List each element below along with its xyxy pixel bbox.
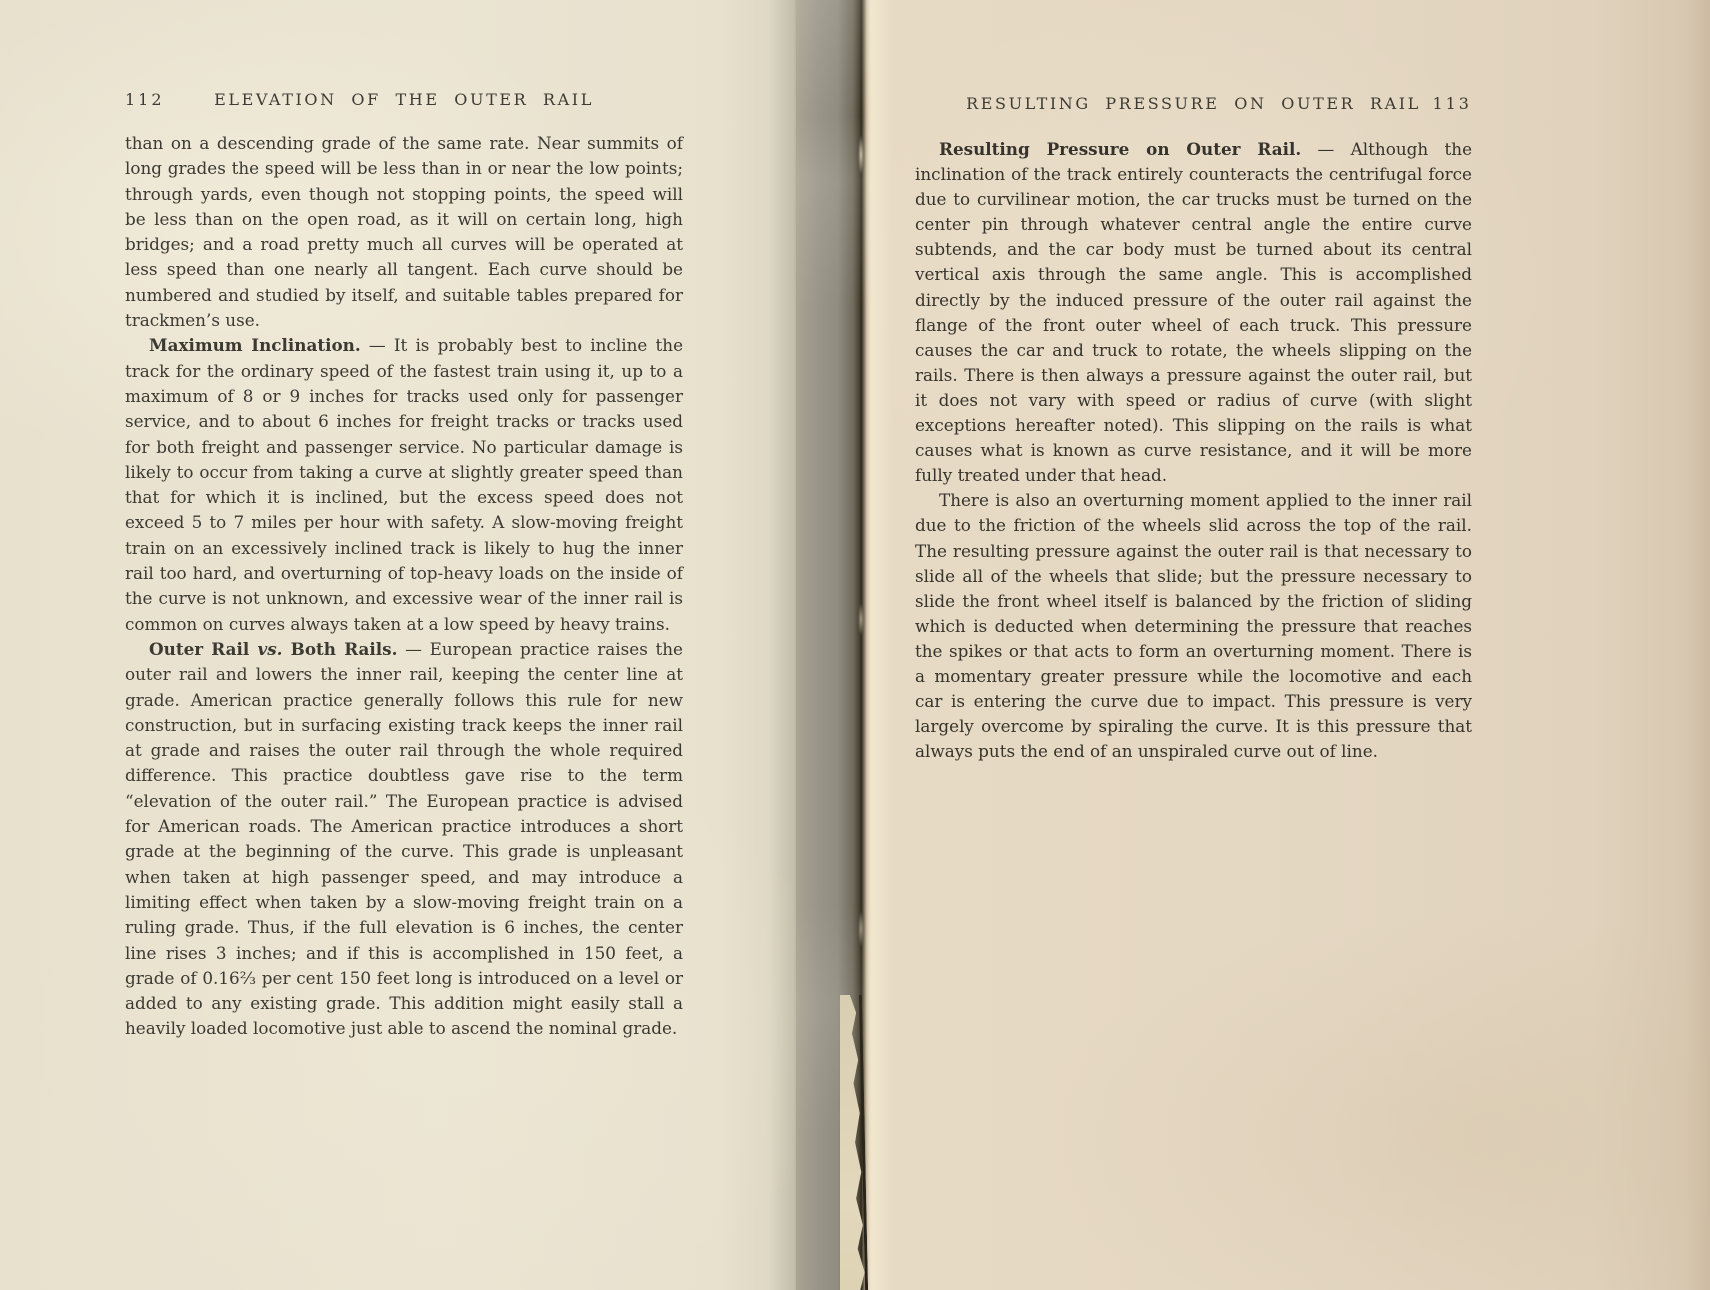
- right-running-head: RESULTING PRESSURE ON OUTER RAIL: [966, 94, 1421, 113]
- left-running-head: ELEVATION OF THE OUTER RAIL: [177, 90, 631, 109]
- text-segment: Both Rails.: [282, 639, 397, 659]
- text-segment: Outer Rail: [149, 639, 257, 659]
- left-page-number: 112: [125, 90, 177, 109]
- right-page-header: RESULTING PRESSURE ON OUTER RAIL 113: [915, 94, 1472, 113]
- text-segment: — Although the inclination of the track …: [915, 139, 1472, 485]
- text-segment: Resulting Pressure on Outer Rail.: [939, 139, 1301, 159]
- book-spread: 112 ELEVATION OF THE OUTER RAIL RESULTIN…: [0, 0, 1710, 1290]
- text-segment: Maximum Inclination.: [149, 335, 361, 355]
- text-segment: — European practice raises the outer rai…: [125, 639, 683, 1038]
- left-page-header: 112 ELEVATION OF THE OUTER RAIL: [125, 90, 683, 109]
- text-segment: There is also an overturning moment appl…: [915, 490, 1472, 761]
- text-segment: — It is probably best to incline the tra…: [125, 335, 683, 633]
- paragraph: Resulting Pressure on Outer Rail. — Alth…: [915, 137, 1472, 488]
- right-page-number: 113: [1421, 94, 1472, 113]
- text-segment: vs.: [257, 639, 282, 659]
- paragraph: than on a descending grade of the same r…: [125, 131, 683, 333]
- text-segment: than on a descending grade of the same r…: [125, 133, 683, 330]
- left-page-body: than on a descending grade of the same r…: [125, 131, 683, 1042]
- paragraph: There is also an overturning moment appl…: [915, 488, 1472, 764]
- paragraph: Outer Rail vs. Both Rails. — European pr…: [125, 637, 683, 1042]
- paragraph: Maximum Inclination. — It is probably be…: [125, 333, 683, 637]
- right-page-body: Resulting Pressure on Outer Rail. — Alth…: [915, 137, 1472, 764]
